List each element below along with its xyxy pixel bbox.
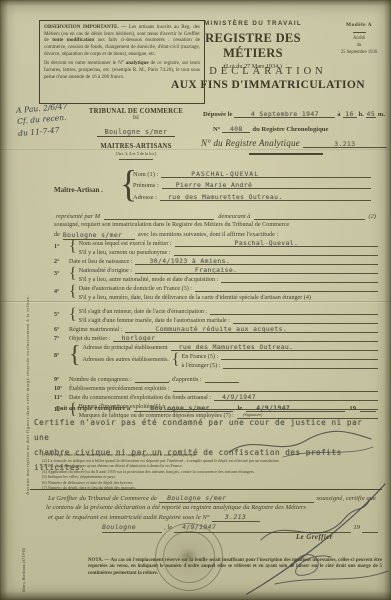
representative-field — [104, 211, 214, 220]
item-6-field: Communauté réduite aux acquets. — [125, 324, 378, 333]
item-1-number: 1° — [54, 244, 69, 250]
request-paragraph: soussigné, requiert son immatriculation … — [54, 221, 378, 240]
item-5b-field — [233, 315, 378, 324]
item-10-label: Établissements précédemment exploités : — [69, 386, 170, 392]
observation-text-3: Ils devront en outre mentionner le N° — [44, 60, 126, 66]
identity-rows: Nom (1) : PASCHAL-QUEVAL Prénoms : Pierr… — [133, 166, 371, 201]
item-1: 1° Nom sous lequel est exercé le métier … — [54, 238, 378, 256]
item-11: 11° Date du commencement d'exploitation … — [54, 392, 378, 401]
address-label: Adresse : — [133, 194, 157, 201]
item-7-number: 7° — [54, 336, 69, 342]
execution-label: Fait en triple exemplaire à — [56, 405, 130, 412]
number-sign: N° — [213, 126, 220, 133]
item-5b-row: S'il s'agit d'une femme mariée, date de … — [79, 315, 378, 324]
articles-reference: (Art. 3, 4 et 5 de la loi.) — [70, 151, 202, 156]
item-9-companions-field — [135, 374, 169, 383]
item-7-field: horloger — [113, 333, 378, 342]
paper-document: OBSERVATION IMPORTANTE. — Les artisans i… — [0, 0, 391, 600]
brace — [69, 238, 77, 256]
deposit-hour-value: 16 — [345, 110, 354, 118]
at-label: à — [337, 111, 340, 118]
court-round-stamp — [155, 523, 223, 591]
rule — [249, 153, 323, 155]
deposit-minute-field: 45 — [366, 109, 376, 118]
item-8b-france-row: En France (5) : — [182, 351, 378, 360]
item-11-value: 4/9/1947 — [214, 393, 256, 401]
item-3b-row: S'il y a lieu, autre nationalité, mode e… — [79, 274, 378, 283]
rule — [353, 32, 366, 33]
masthead: MINISTÈRE DU TRAVAIL REGISTRE DES MÉTIER… — [183, 20, 323, 70]
deposit-label: Déposée le — [203, 111, 232, 118]
item-2: 2° Date et lieu de naissance : 30/4/1923… — [54, 256, 378, 265]
chronological-register-label: du Registre Chronologique — [252, 126, 328, 133]
hour-label: h. — [359, 111, 364, 118]
item-8b-abroad-row: à l'étranger (5) : — [182, 360, 378, 369]
item-8b-france-label: En France (5) : — [182, 354, 219, 360]
on-label: le — [237, 405, 242, 412]
nota-label: NOTA. — — [88, 558, 109, 563]
item-5-number: 5° — [54, 312, 69, 318]
item-4a-label: Date d'autorisation de domicile en Franc… — [79, 286, 192, 292]
item-8b-abroad-field — [223, 360, 378, 369]
clerk-line-3-text: et que le requérant est immatriculé audi… — [48, 513, 210, 522]
item-3: 3° Nationalité d'origine : Française. S'… — [54, 265, 378, 283]
request-line-1: soussigné, requiert son immatriculation … — [54, 221, 378, 230]
name-label: Nom (1) : — [133, 171, 158, 178]
analytic-number-field: 3.213 — [303, 139, 387, 148]
footnote-ref-2: (2) — [369, 213, 376, 220]
item-8-number: 8° — [54, 353, 69, 359]
register-title: REGISTRE DES MÉTIERS — [183, 31, 323, 61]
item-4-number: 4° — [54, 289, 69, 295]
item-8b-label: Adresses des autres établissements. — [83, 357, 169, 363]
item-9-apprentices-field — [205, 374, 239, 383]
item-1a-row: Nom sous lequel est exercé le métier : P… — [79, 238, 378, 247]
observation-box: OBSERVATION IMPORTANTE. — Les artisans i… — [39, 20, 205, 104]
maitre-artisan-label: Maître-Artisan . — [54, 186, 103, 194]
model-box: Modèle A Arrêté du 25 Septembre 1936 — [331, 21, 387, 56]
item-11-number: 11° — [54, 395, 69, 401]
represented-by-row: représenté par M demeurant à (2) — [54, 211, 378, 220]
declaration-items: 1° Nom sous lequel est exercé le métier … — [54, 238, 378, 419]
deposit-date-field: 4 Septembre 1947 — [234, 109, 335, 118]
item-9-number: 9° — [54, 377, 69, 383]
item-3a-label: Nationalité d'origine : — [79, 268, 132, 274]
observation-title: OBSERVATION IMPORTANTE. — — [44, 24, 126, 30]
declaration-title-line-2: AUX FINS D'IMMATRICULATION — [158, 79, 378, 91]
item-11-field: 4/9/1947 — [214, 392, 378, 401]
maitres-artisans-label: MAITRES-ARTISANS — [70, 143, 202, 150]
execution-city-field: Boulogne s/mer — [134, 403, 233, 412]
item-3a-row: Nationalité d'origine : Française. — [79, 265, 378, 274]
firstnames-row: Prénoms : Pierre Marie André — [133, 178, 371, 190]
analytic-register-label: N° du Registre Analytique — [201, 138, 300, 148]
applicant-signature — [225, 426, 375, 462]
clerk-signature — [233, 478, 391, 600]
item-1a-field: Paschal-Queval. — [175, 238, 378, 247]
decree-line-2: du — [331, 42, 387, 49]
item-5a-field — [210, 306, 378, 315]
item-4b-row: S'il y a lieu, numéro, date, lieu de dél… — [79, 292, 378, 300]
item-2-number: 2° — [54, 259, 69, 265]
residence-field — [254, 211, 364, 220]
item-7-value: horloger — [113, 334, 155, 342]
item-10-number: 10° — [54, 386, 69, 392]
item-3a-field: Française. — [135, 265, 378, 274]
brace — [172, 351, 180, 369]
execution-row: Fait en triple exemplaire à Boulogne s/m… — [54, 403, 378, 412]
model-label: Modèle A — [331, 21, 387, 29]
execution-city-value: Boulogne s/mer — [136, 404, 209, 412]
firstnames-field: Pierre Marie André — [162, 180, 371, 189]
item-7: 7° Objet du métier : horloger — [54, 333, 378, 342]
item-9: 9° Nombre de compagnons : , d'apprentis … — [54, 374, 378, 383]
observation-text-bold-2: analytique — [126, 60, 149, 66]
observation-text-bold: toute modification — [52, 37, 94, 43]
item-4a-field — [195, 283, 378, 292]
item-1a-label: Nom sous lequel est exercé le métier : — [79, 241, 172, 247]
item-2-field: 30/4/1923 à Amiens. — [135, 256, 378, 265]
address-value: rue des Mamurettes Outreau. — [160, 193, 283, 201]
printer-mark: Bosry, Bordeaux (4719-B) — [21, 487, 26, 592]
item-8a-value: rue des Mamurettes Outreau. — [171, 343, 294, 351]
item-5a-row: S'il s'agit d'un mineur, date de l'acte … — [79, 306, 378, 315]
name-row: Nom (1) : PASCHAL-QUEVAL — [133, 166, 371, 178]
firstnames-value: Pierre Marie André — [162, 181, 252, 189]
declaration-title-line-1: DÉCLARATION — [168, 66, 368, 77]
item-6-value: Communauté réduite aux acquets. — [125, 325, 287, 333]
item-8b-france-field — [221, 351, 378, 360]
deposit-block: Déposée le 4 Septembre 1947 à 16 h. 45 m… — [201, 109, 387, 155]
item-3-number: 3° — [54, 271, 69, 277]
execution-date-value: 4/9/1947 — [248, 404, 290, 412]
item-3b-field — [221, 274, 378, 283]
name-value: PASCHAL-QUEVAL — [161, 170, 259, 178]
name-field: PASCHAL-QUEVAL — [161, 169, 371, 178]
item-6: 6° Régime matrimonial : Communauté rédui… — [54, 324, 378, 333]
item-8a-label: Adresse du principal établissement — [83, 345, 168, 351]
binding-margin-note: Aucune inscription ne doit figurer dans … — [25, 150, 30, 495]
residing-label: demeurant à — [218, 213, 250, 220]
brace — [69, 265, 77, 283]
brace — [69, 283, 77, 301]
deposit-minute-value: 45 — [367, 110, 376, 118]
item-1b-row: S'il y a lieu, surnom ou pseudonyme : — [79, 247, 378, 256]
item-8b-row: Adresses des autres établissements. En F… — [83, 351, 378, 369]
item-1a-value: Paschal-Queval. — [175, 239, 299, 247]
analytic-number-row: N° du Registre Analytique 3.213 — [201, 138, 387, 148]
item-1b-field — [174, 247, 378, 256]
firstnames-label: Prénoms : — [133, 182, 159, 189]
clerk-place-field: Boulogne — [102, 524, 162, 533]
address-row: Adresse : rue des Mamurettes Outreau. — [133, 189, 371, 201]
chronological-number-row: N° 408 du Registre Chronologique — [211, 124, 387, 133]
deposit-hour-field: 16 — [343, 109, 357, 118]
brace — [69, 342, 81, 369]
item-8b-abroad-label: à l'étranger (5) : — [182, 363, 221, 369]
decree-line-3: 25 Septembre 1936 — [331, 49, 387, 56]
chronological-number-field: 408 — [222, 124, 250, 133]
minute-label: m. — [378, 111, 385, 118]
represented-label: représenté par M — [56, 213, 100, 220]
item-8a-row: Adresse du principal établissement rue d… — [83, 342, 378, 351]
chronological-number-value: 408 — [230, 125, 243, 133]
item-6-number: 6° — [54, 327, 69, 333]
decree-line-1: Arrêté — [331, 35, 387, 42]
item-4a-row: Date d'autorisation de domicile en Franc… — [79, 283, 378, 292]
clerk-city-value: Boulogne s/mer — [159, 494, 226, 503]
deposit-date-value: 4 Septembre 1947 — [251, 110, 319, 118]
address-field: rue des Mamurettes Outreau. — [160, 192, 371, 201]
item-2-value: 30/4/1923 à Amiens. — [135, 257, 230, 265]
item-3a-value: Française. — [135, 266, 237, 274]
analytic-number-value: 3.213 — [334, 140, 355, 148]
clerk-line-1-text: Le Greffier du Tribunal de Commerce de — [48, 494, 157, 503]
year-field — [360, 403, 376, 412]
item-5a-label: S'il s'agit d'un mineur, date de l'acte … — [79, 309, 208, 315]
item-3b-label: S'il y a lieu, autre nationalité, mode e… — [79, 277, 219, 283]
deposit-date-row: Déposée le 4 Septembre 1947 à 16 h. 45 m… — [201, 109, 387, 118]
item-10: 10° Établissements précédemment exploité… — [54, 383, 378, 392]
item-4b-label: S'il y a lieu, numéro, date, lieu de dél… — [79, 295, 311, 301]
ministry-title: MINISTÈRE DU TRAVAIL — [183, 20, 323, 27]
item-8a-field: rue des Mamurettes Outreau. — [171, 342, 378, 351]
item-10-field — [173, 383, 378, 392]
item-9-label: Nombre de compagnons : — [69, 377, 132, 383]
item-5: 5° S'il s'agit d'un mineur, date de l'ac… — [54, 306, 378, 324]
rule — [119, 159, 153, 160]
clerk-place-value: Boulogne — [102, 523, 136, 532]
execution-date-field: 4/9/1947 — [246, 403, 345, 412]
brace — [69, 306, 77, 324]
item-8: 8° Adresse du principal établissement ru… — [54, 342, 378, 369]
year-prefix: 19 — [349, 405, 356, 412]
item-4: 4° Date d'autorisation de domicile en Fr… — [54, 283, 378, 301]
